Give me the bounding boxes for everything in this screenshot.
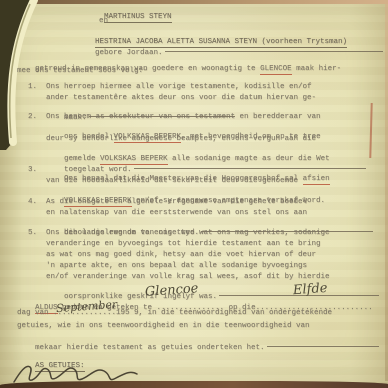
red-margin-mark — [369, 103, 372, 158]
testator-name-text: MARTHINUS STEYN — [104, 13, 172, 23]
conjunction: en — [99, 17, 108, 26]
marked-word-afsien: afsien — [303, 175, 330, 185]
clause-5-line-1: Ons behou die reg om te enige tyd wat on… — [46, 229, 330, 238]
typed-rule — [267, 345, 379, 347]
clause-5-number: 5. — [28, 229, 37, 238]
handwritten-day: Elfde — [293, 281, 328, 298]
clause-4-line-1: As die enigste en algehele erfgename van… — [46, 198, 307, 207]
clause-1-number: 1. — [28, 83, 37, 92]
clause-4-number: 4. — [28, 198, 37, 207]
clause-2-line-3: deur sy behoorlike aangewese beamptes, e… — [46, 135, 316, 144]
clause-1-line-2: ander testamentêre aktes deur ons voor d… — [46, 94, 316, 103]
clause-2-number: 2. — [28, 113, 37, 122]
marked-word-glencoe: GLENCOE — [260, 65, 292, 75]
clause-5-line-2: veranderinge en byvoegings tot hierdie t… — [46, 240, 321, 249]
witness-signature — [10, 358, 140, 388]
closing-line-3: getuies, wie in ons teenwoordigheid en i… — [17, 322, 310, 331]
typed-rule — [165, 50, 383, 52]
clause-4-line-2: en nalatenskap van die eerststerwende va… — [46, 209, 307, 218]
clause-5-line-5: en/of veranderinge van volle krag sal we… — [46, 273, 330, 282]
document-photo: MARTHINUS STEYN en HESTRINA JACOBA ALETT… — [0, 0, 388, 388]
clause-3-line-2: van die noodsaaklikheid dat sekuriteit d… — [46, 177, 298, 186]
clause-3-number: 3. — [28, 166, 37, 175]
clause-5-line-4: 'n aparte akte, en ons bepaal dat alle s… — [46, 262, 307, 271]
intro-line-2: mee ons testament soos volg:- — [17, 67, 148, 76]
clause-2-line-1: Ons benoem as eksekuteur van ons testame… — [46, 113, 321, 122]
clause-1-line-1: Ons herroep hiermee alle vorige testamen… — [46, 83, 312, 92]
clause-5-line-3: as wat ons mag goed dink, hetsy aan die … — [46, 251, 316, 260]
